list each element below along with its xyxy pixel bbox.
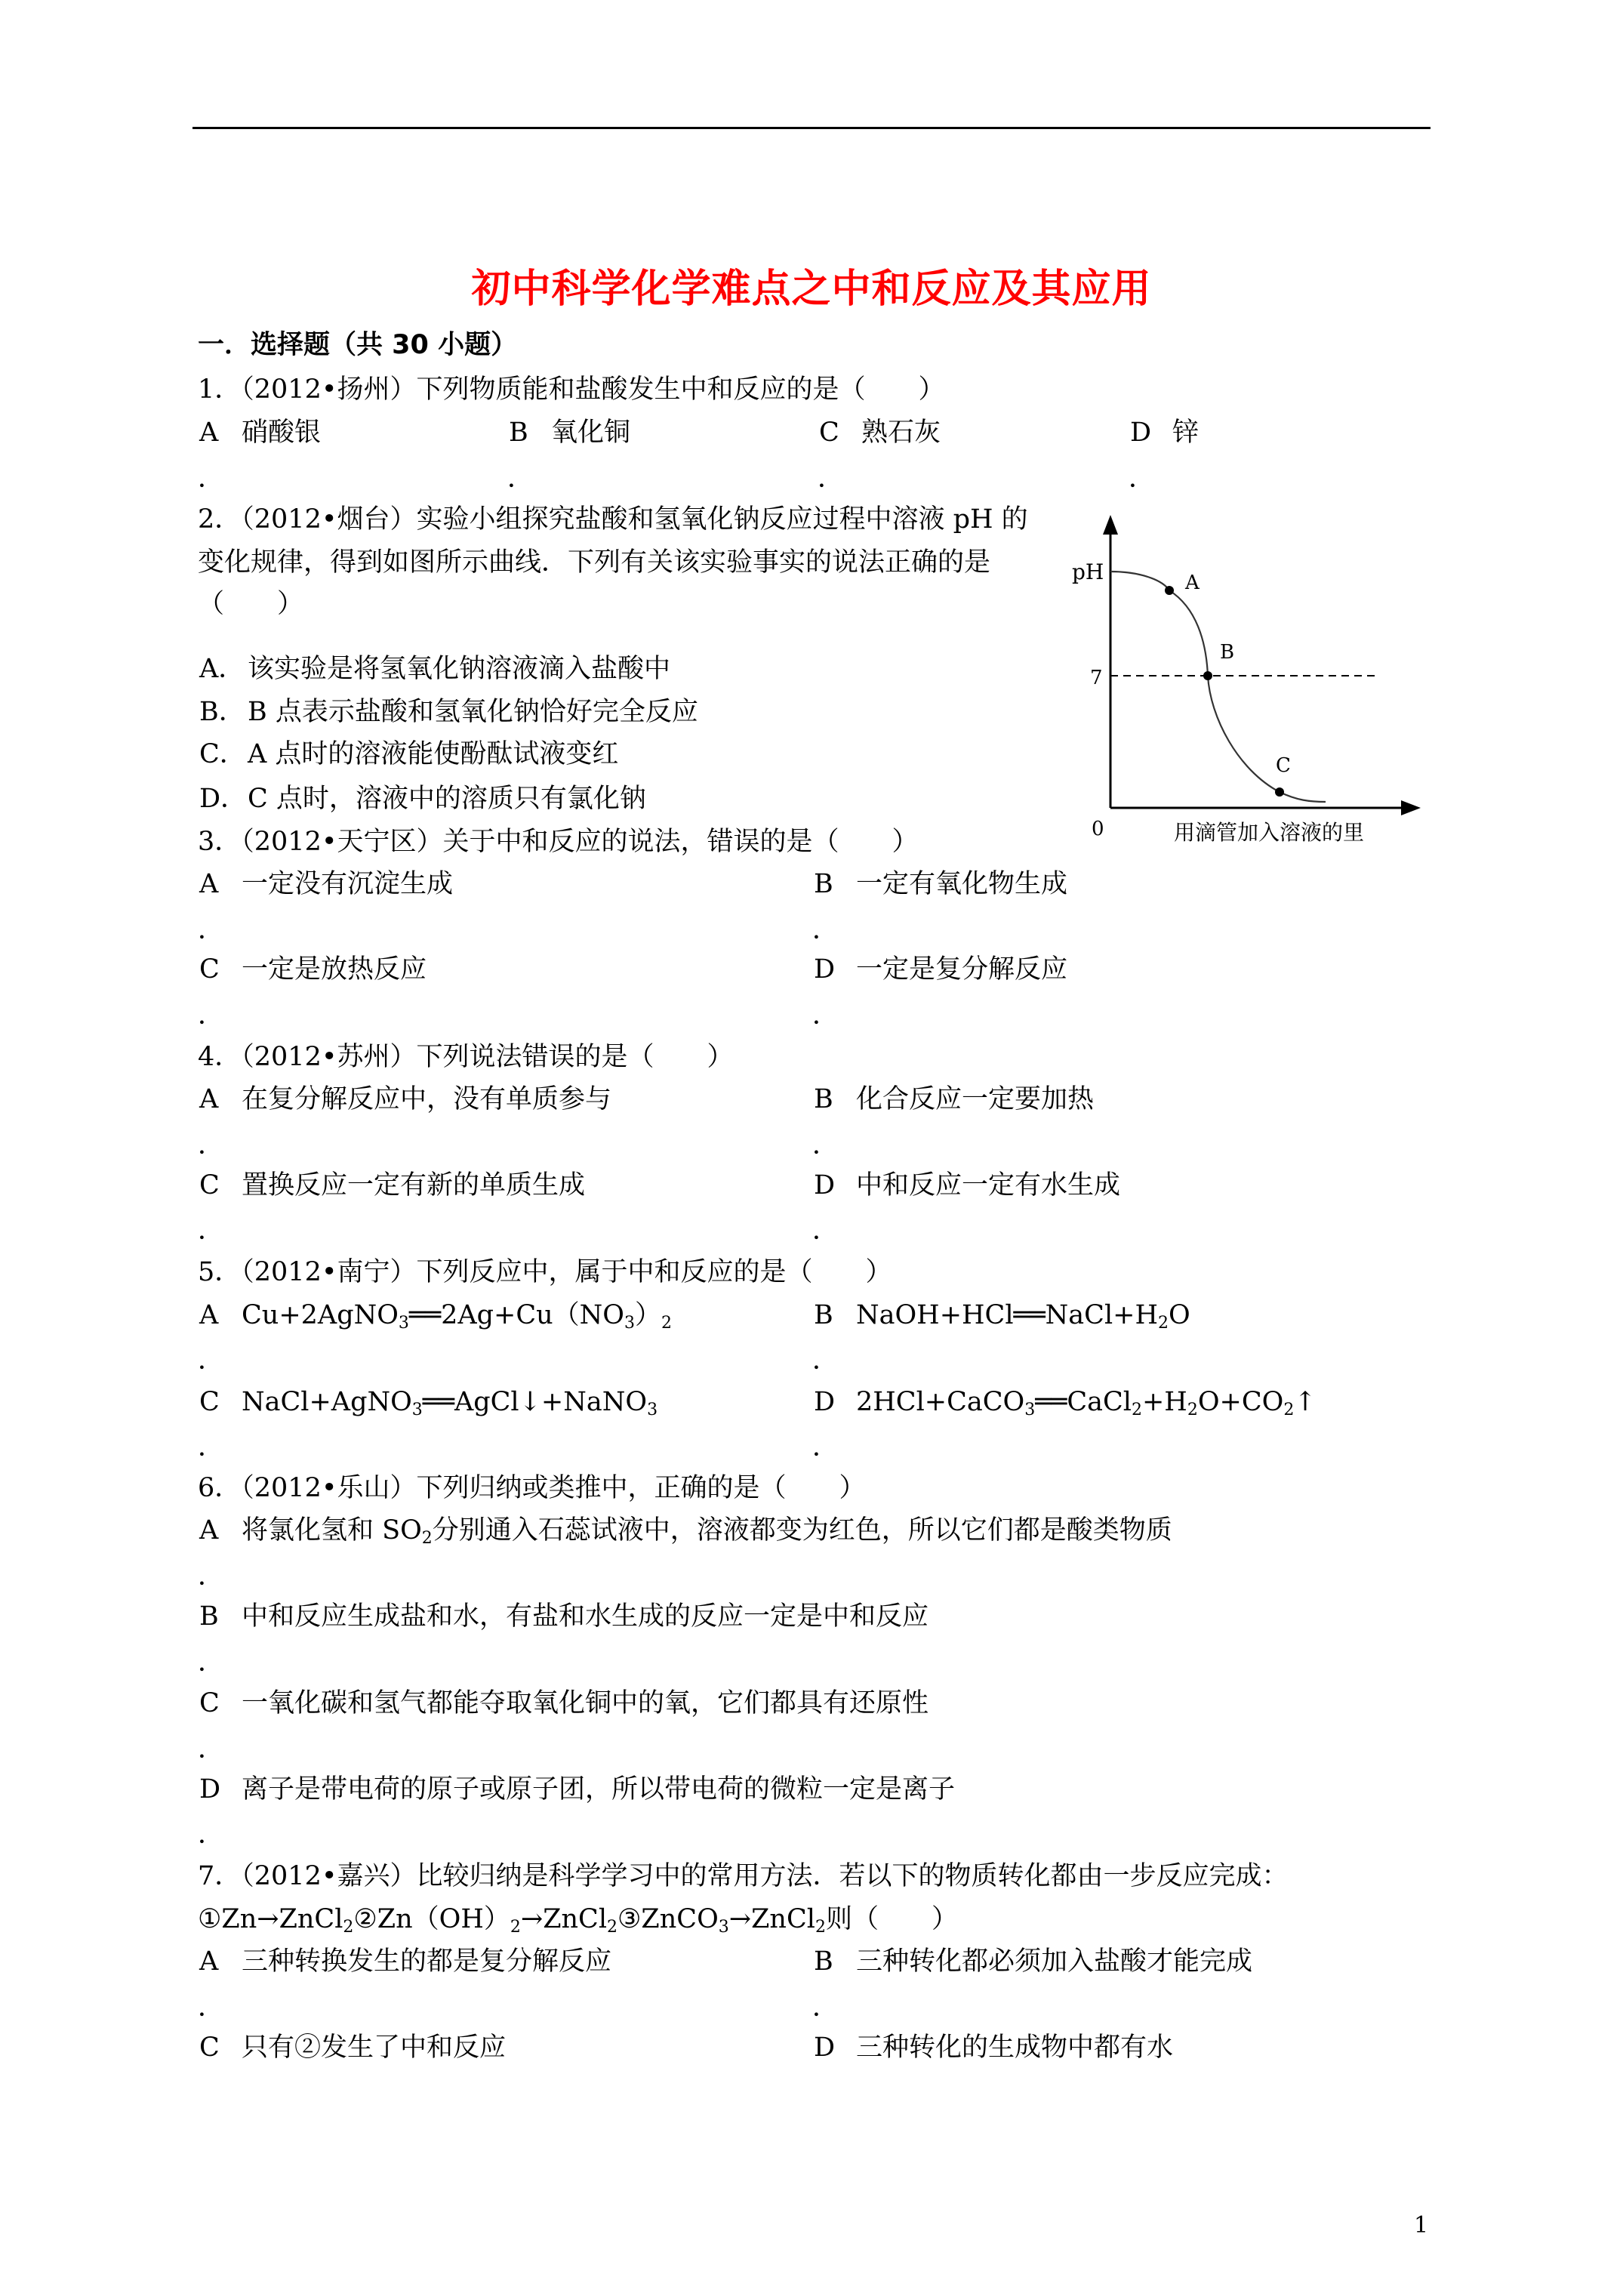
q4-option-d[interactable]: D中和反应一定有水生成 (814, 1169, 1120, 1202)
q7-option-c[interactable]: C只有②发生了中和反应 (199, 2031, 506, 2064)
q2-option-d[interactable]: D．C 点时，溶液中的溶质只有氯化钠 (199, 782, 646, 815)
q1-dot-a: ． (198, 467, 224, 490)
q6-option-a[interactable]: A将氯化氢和 SO2分别通入石蕊试液中，溶液都变为红色，所以它们都是酸类物质 (199, 1514, 1172, 1547)
q6-dot-a: ． (198, 1565, 224, 1588)
q5-option-d[interactable]: D2HCl+CaCO3══CaCl2+H2O+CO2↑ (814, 1385, 1317, 1419)
header-rule (192, 127, 1431, 129)
q4-dot-d: ． (812, 1219, 839, 1242)
q4-option-c[interactable]: C置换反应一定有新的单质生成 (199, 1169, 585, 1202)
point-b (1203, 671, 1212, 680)
q3-dot-b: ． (812, 919, 839, 942)
y-axis-arrow-icon (1103, 515, 1118, 535)
page-number: 1 (1414, 2212, 1428, 2239)
q1-option-b[interactable]: B氧化铜 (509, 416, 630, 449)
q1-dot-c: ． (818, 467, 844, 490)
q1-option-c[interactable]: C熟石灰 (819, 416, 941, 449)
question-2-stem-line-1: 2．（2012•烟台）实验小组探究盐酸和氢氧化钠反应过程中溶液 pH 的 (198, 503, 1028, 536)
q1-option-d[interactable]: D锌 (1130, 416, 1199, 449)
page-title: 初中科学化学难点之中和反应及其应用 (0, 257, 1623, 313)
point-b-label: B (1220, 641, 1234, 664)
point-c (1275, 787, 1284, 797)
point-c-label: C (1276, 754, 1291, 777)
q3-option-c[interactable]: C一定是放热反应 (199, 953, 427, 986)
question-4-stem: 4．（2012•苏州）下列说法错误的是（ ） (198, 1040, 734, 1074)
q5-dot-d: ． (812, 1436, 839, 1459)
q1-option-a[interactable]: A硝酸银 (199, 416, 321, 449)
q6-option-c[interactable]: C一氧化碳和氢气都能夺取氧化铜中的氧，它们都具有还原性 (199, 1687, 929, 1720)
ph-chart-svg: pH 7 0 A B C 用滴管加入溶液的里 (1057, 498, 1480, 861)
q5-dot-b: ． (812, 1349, 839, 1372)
q2-option-c[interactable]: C．A 点时的溶液能使酚酞试液变红 (199, 738, 618, 771)
q4-option-b[interactable]: B化合反应一定要加热 (814, 1083, 1094, 1116)
y-tick-7: 7 (1090, 667, 1103, 689)
x-axis-label: 用滴管加入溶液的里 (1174, 820, 1364, 845)
point-a-label: A (1184, 572, 1200, 594)
question-7-stem-line-1: 7．（2012•嘉兴）比较归纳是科学学习中的常用方法．若以下的物质转化都由一步反… (198, 1860, 1289, 1893)
q4-dot-b: ． (812, 1134, 839, 1157)
q7-option-a[interactable]: A三种转换发生的都是复分解反应 (199, 1945, 611, 1978)
q5-dot-a: ． (198, 1349, 224, 1372)
q1-dot-b: ． (507, 467, 534, 490)
q7-dot-b: ． (812, 1996, 839, 2019)
q5-dot-c: ． (198, 1436, 224, 1459)
question-3-stem: 3．（2012•天宁区）关于中和反应的说法，错误的是（ ） (198, 825, 919, 858)
q6-dot-b: ． (198, 1651, 224, 1674)
q7-option-d[interactable]: D三种转化的生成物中都有水 (814, 2031, 1173, 2064)
q6-dot-d: ． (198, 1823, 224, 1846)
question-6-stem: 6．（2012•乐山）下列归纳或类推中，正确的是（ ） (198, 1472, 866, 1505)
q4-dot-a: ． (198, 1134, 224, 1157)
question-2-stem-line-3: （ ） (198, 587, 303, 621)
q2-option-b[interactable]: B．B 点表示盐酸和氢氧化钠恰好完全反应 (199, 695, 698, 729)
q6-option-b[interactable]: B中和反应生成盐和水，有盐和水生成的反应一定是中和反应 (199, 1600, 929, 1633)
q5-option-c[interactable]: CNaCl+AgNO3══AgCl↓+NaNO3 (199, 1385, 658, 1419)
q4-dot-c: ． (198, 1219, 224, 1242)
q7-dot-a: ． (198, 1996, 224, 2019)
q3-dot-a: ． (198, 919, 224, 942)
ph-curve-chart: pH 7 0 A B C 用滴管加入溶液的里 (1057, 498, 1480, 861)
ph-curve (1110, 572, 1326, 802)
q7-option-b[interactable]: B三种转化都必须加入盐酸才能完成 (814, 1945, 1252, 1978)
q3-dot-c: ． (198, 1004, 224, 1027)
x-axis-arrow-icon (1401, 800, 1421, 815)
q6-option-d[interactable]: D离子是带电荷的原子或原子团，所以带电荷的微粒一定是离子 (199, 1773, 955, 1806)
question-2-stem-line-2: 变化规律，得到如图所示曲线．下列有关该实验事实的说法正确的是 (198, 546, 990, 579)
q3-option-a[interactable]: A一定没有沉淀生成 (199, 868, 453, 901)
q3-dot-d: ． (812, 1004, 839, 1027)
q3-option-b[interactable]: B一定有氧化物生成 (814, 868, 1067, 901)
q5-option-b[interactable]: BNaOH+HCl══NaCl+H2O (814, 1299, 1190, 1332)
q4-option-a[interactable]: A在复分解反应中，没有单质参与 (199, 1083, 611, 1116)
q3-option-d[interactable]: D一定是复分解反应 (814, 953, 1067, 986)
q6-dot-c: ． (198, 1738, 224, 1761)
q1-dot-d: ． (1129, 467, 1155, 490)
point-a (1165, 586, 1174, 595)
question-7-stem-line-2: ①Zn→ZnCl2②Zn（OH）2→ZnCl2③ZnCO3→ZnCl2则（ ） (198, 1903, 958, 1936)
y-axis-label: pH (1072, 559, 1104, 584)
question-5-stem: 5．（2012•南宁）下列反应中，属于中和反应的是（ ） (198, 1256, 892, 1289)
question-1-stem: 1．（2012•扬州）下列物质能和盐酸发生中和反应的是（ ） (198, 373, 945, 406)
q2-option-a[interactable]: A．该实验是将氢氧化钠溶液滴入盐酸中 (199, 652, 670, 686)
q5-option-a[interactable]: ACu+2AgNO3══2Ag+Cu（NO3）2 (199, 1299, 672, 1332)
section-heading: 一．选择题（共 30 小题） (198, 328, 517, 362)
origin-label: 0 (1092, 818, 1104, 840)
